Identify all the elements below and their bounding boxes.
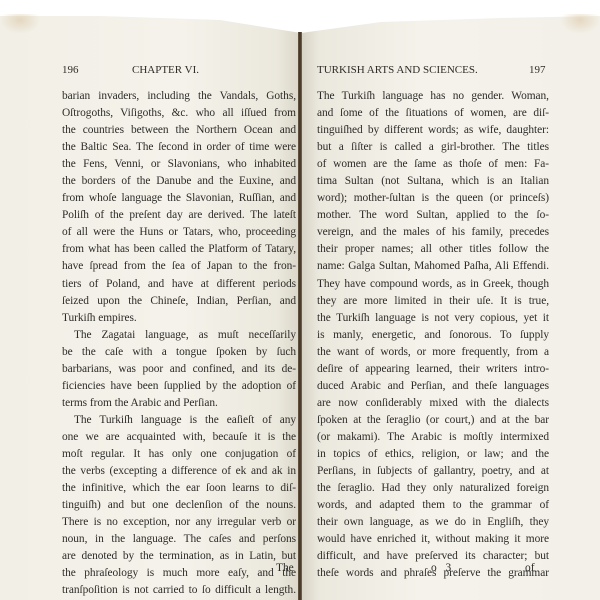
text-line: the verbs (excepting a difference of ek … (62, 463, 296, 480)
text-line: tinguiſh) and but one declenſion of the … (62, 497, 296, 514)
text-line: the Baltic Sea. The ſecond in order of t… (62, 139, 296, 156)
text-line: tima Sultan (not Sultana, which is an It… (317, 173, 549, 190)
text-line: word); mother-ſultan is the queen (or pr… (317, 190, 549, 207)
text-line: tiers of Poland, and have at different p… (62, 276, 296, 293)
text-line: duced Arabic and Perſian, and theſe lang… (317, 378, 549, 395)
text-line: name: Galga Sultan, Mahomed Paſha, Ali E… (317, 258, 549, 275)
left-page: 196 CHAPTER VI. barian invaders, includi… (0, 0, 301, 600)
text-line: tranſpoſition is not carried to ſo diffi… (62, 582, 296, 599)
text-line: Perſians, in ſubjects of gallantry, poet… (317, 463, 549, 480)
body-text: barian invaders, including the Vandals, … (62, 88, 296, 599)
text-line: ſpoken at the ſeraglio (or court,) and a… (317, 412, 549, 429)
text-line: There is no exception, nor any irregular… (62, 514, 296, 531)
page-number: 196 (62, 64, 79, 76)
text-line: The Turkiſh language has no gender. Woma… (317, 88, 549, 105)
text-line: (or makami). The Arabic is moſtly interm… (317, 429, 549, 446)
text-line: moſt regular. It has only one conjugatio… (62, 446, 296, 463)
text-line: of all were the Huns or Tatars, who, pro… (62, 224, 296, 241)
right-page: TURKISH ARTS AND SCIENCES. 197 The Turki… (301, 0, 600, 600)
text-line: Turkiſh empires. (62, 310, 296, 327)
text-line: and ſome of the ſituations of women, are… (317, 105, 549, 122)
text-line: the want of words, or more frequently, f… (317, 344, 549, 361)
text-line: from what has been called the Platform o… (62, 241, 296, 258)
catchword: The (276, 562, 294, 574)
text-line: barbarians, was poor and confined, and i… (62, 361, 296, 378)
text-line: their own language, as we do in Engliſh,… (317, 514, 549, 531)
text-line: but a ſiſter is called a girl-brother. T… (317, 139, 549, 156)
signature-mark: o 3 (431, 562, 454, 574)
text-line: have ſpread from the ſea of Japan to the… (62, 258, 296, 275)
text-line: ſeized upon the Chineſe, Indian, Perſian… (62, 293, 296, 310)
text-line: The Turkiſh language is the eaſieſt of a… (62, 412, 296, 429)
text-line: of women are the ſame as thoſe of men: F… (317, 156, 549, 173)
text-line: is manly, energetic, and ſonorous. To ſu… (317, 327, 549, 344)
text-line: Oſtrogoths, Viſigoths, &c. who all iſſue… (62, 105, 296, 122)
text-line: would have enriched it, without making i… (317, 531, 549, 548)
body-text: The Turkiſh language has no gender. Woma… (317, 88, 549, 582)
text-line: be the caſe with a tongue ſpoken by ſuch (62, 344, 296, 361)
text-line: in topics of ethics, religion, or law; a… (317, 446, 549, 463)
text-line: tinguiſhed by different words; as wife, … (317, 122, 549, 139)
page-stain (560, 14, 600, 34)
book-gutter (298, 32, 302, 600)
text-line: terms from the Arabic and Perſian. (62, 395, 296, 412)
text-line: Poliſh of the preſent day are derived. T… (62, 207, 296, 224)
text-line: The Zagatai language, as muſt neceſſaril… (62, 327, 296, 344)
page-number: 197 (529, 64, 546, 76)
text-line: they are more limited in their uſe. It i… (317, 293, 549, 310)
running-head: CHAPTER VI. (132, 64, 199, 76)
running-head: TURKISH ARTS AND SCIENCES. (317, 64, 478, 76)
text-line: their proper names; all other titles fol… (317, 241, 549, 258)
text-line: words, and adapted them to the grammar o… (317, 497, 549, 514)
text-line: ficiencies have been ſupplied by the ado… (62, 378, 296, 395)
text-line: the countries between the Northern Ocean… (62, 122, 296, 139)
text-line: the ſeraglio. Had they only naturalized … (317, 480, 549, 497)
text-line: are now conſiderably mixed with the dial… (317, 395, 549, 412)
text-line: the borders of the Danube and the Euxine… (62, 173, 296, 190)
text-line: noun, in the language. The caſes and per… (62, 531, 296, 548)
text-line: the infinitive, which the ear ſoon learn… (62, 480, 296, 497)
text-line: barian invaders, including the Vandals, … (62, 88, 296, 105)
catchword: of (525, 562, 535, 574)
text-line: vereign, and the males of his family, pr… (317, 224, 549, 241)
text-line: the phraſeology is much more eaſy, and t… (62, 565, 296, 582)
text-line: the Fens, Venni, or Slavonians, who inha… (62, 156, 296, 173)
page-stain (0, 14, 40, 34)
text-line: from whoſe language the Slavonian, Ruſſi… (62, 190, 296, 207)
text-line: the Turkiſh language is not very copious… (317, 310, 549, 327)
text-line: one we are acquainted with, becauſe it i… (62, 429, 296, 446)
text-line: deſire of appearing learned, their write… (317, 361, 549, 378)
text-line: are denoted by the termination, as in La… (62, 548, 296, 565)
text-line: mother. The word Sultan, applied to the … (317, 207, 549, 224)
text-line: They have compound words, as in Greek, t… (317, 276, 549, 293)
open-book: 196 CHAPTER VI. barian invaders, includi… (0, 0, 600, 600)
